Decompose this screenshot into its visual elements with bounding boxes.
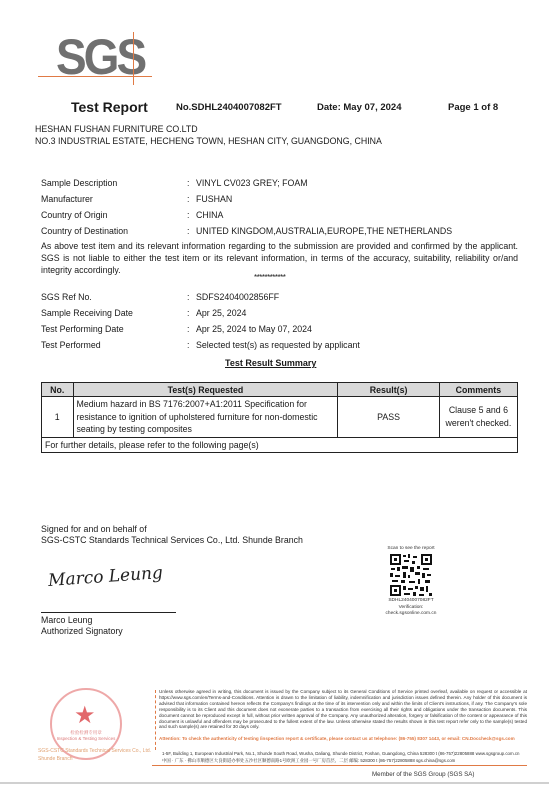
info-label: Sample Receiving Date [41, 308, 133, 318]
info-row-sgs-ref-no: SGS Ref No. : SDFS2404002856FF [41, 292, 521, 304]
info-value: UNITED KINGDOM,AUSTRALIA,EUROPE,THE NETH… [196, 226, 452, 236]
info-colon: : [187, 308, 189, 318]
table-footer-row: For further details, please refer to the… [42, 437, 518, 453]
cell-no: 1 [42, 397, 74, 438]
separator-stars: ************ [254, 273, 285, 282]
footer-address-cn: 中国 · 广东 · 佛山市顺德区大良街道办事处五沙社区顺德南路1号欧洲工业园一号… [162, 758, 455, 764]
info-colon: : [187, 292, 189, 302]
info-colon: : [187, 340, 189, 350]
report-title: Test Report [71, 99, 148, 115]
qr-report-code: SDHL2404007082FT [381, 598, 441, 603]
header-comments: Comments [439, 383, 517, 397]
info-value: FUSHAN [196, 194, 232, 204]
applicant-name: HESHAN FUSHAN FURNITURE CO.LTD [35, 124, 198, 134]
applicant-address: NO.3 INDUSTRIAL ESTATE, HECHENG TOWN, HE… [35, 136, 382, 146]
table-header-row: No. Test(s) Requested Result(s) Comments [42, 383, 518, 397]
summary-title: Test Result Summary [225, 358, 316, 368]
signed-on-behalf-label: Signed for and on behalf of [41, 524, 147, 534]
test-result-table: No. Test(s) Requested Result(s) Comments… [41, 382, 518, 453]
cell-result: PASS [338, 397, 440, 438]
info-label: Country of Destination [41, 226, 128, 236]
header-tests-requested: Test(s) Requested [73, 383, 338, 397]
table-footer-note: For further details, please refer to the… [42, 437, 518, 453]
signature-line [41, 612, 176, 613]
info-row-manufacturer: Manufacturer : FUSHAN [41, 194, 521, 206]
star-icon: ★ [74, 704, 96, 728]
logo-accent-vertical-line [133, 32, 134, 85]
info-row-test-performed: Test Performed : Selected test(s) as req… [41, 340, 521, 352]
info-colon: : [187, 210, 189, 220]
handwritten-signature: Marco Leung [47, 563, 163, 591]
info-value: SDFS2404002856FF [196, 292, 279, 302]
logo-accent-horizontal-line [38, 76, 152, 77]
info-row-sample-description: Sample Description : VINYL CV023 GREY; F… [41, 178, 521, 190]
info-row-country-of-origin: Country of Origin : CHINA [41, 210, 521, 222]
info-label: Manufacturer [41, 194, 93, 204]
report-date: Date: May 07, 2024 [317, 102, 402, 113]
page-bottom-border [0, 782, 549, 784]
qr-verification-label: Verification: [381, 605, 441, 610]
cell-comments: Clause 5 and 6 weren't checked. [439, 397, 517, 438]
info-label: Test Performed [41, 340, 101, 350]
sgs-logo: SGS [56, 33, 144, 81]
info-value: Apr 25, 2024 [196, 308, 246, 318]
qr-code-icon[interactable] [389, 553, 433, 597]
info-value: Selected test(s) as requested by applica… [196, 340, 360, 350]
sgs-group-member-note: Member of the SGS Group (SGS SA) [372, 771, 474, 778]
info-row-country-of-destination: Country of Destination : UNITED KINGDOM,… [41, 226, 521, 238]
applicant-disclaimer: As above test item and its relevant info… [41, 240, 518, 276]
signatory-title: Authorized Signatory [41, 626, 123, 636]
cell-test: Medium hazard in BS 7176:2007+A1:2011 Sp… [73, 397, 338, 438]
qr-verification-site[interactable]: check.sgsonline.com.cn [381, 611, 441, 616]
info-label: Country of Origin [41, 210, 108, 220]
footer-accent-line [152, 765, 527, 766]
info-colon: : [187, 178, 189, 188]
info-label: Test Performing Date [41, 324, 124, 334]
info-row-test-performing-date: Test Performing Date : Apr 25, 2024 to M… [41, 324, 521, 336]
info-label: SGS Ref No. [41, 292, 92, 302]
signing-company: SGS-CSTC Standards Technical Services Co… [41, 535, 303, 545]
qr-caption-top: Scan to see the report [381, 546, 441, 551]
info-colon: : [187, 324, 189, 334]
report-number: No.SDHL2404007082FT [176, 102, 282, 113]
page-indicator: Page 1 of 8 [448, 102, 498, 113]
header-results: Result(s) [338, 383, 440, 397]
footer-address-en: 1-5F, Building 1, European Industrial Pa… [162, 751, 520, 756]
stamp-caption-branch: Shunde Branch [38, 756, 72, 762]
table-row: 1 Medium hazard in BS 7176:2007+A1:2011 … [42, 397, 518, 438]
info-label: Sample Description [41, 178, 117, 188]
stamp-caption-company: SGS-CSTC Standards Technical Services Co… [38, 748, 151, 754]
info-value: CHINA [196, 210, 223, 220]
footer-legal-text: Unless otherwise agreed in writing, this… [159, 689, 527, 730]
signatory-name: Marco Leung [41, 615, 92, 625]
info-value: VINYL CV023 GREY; FOAM [196, 178, 308, 188]
info-colon: : [187, 194, 189, 204]
info-colon: : [187, 226, 189, 236]
stamp-inner-en: Inspection & Testing Services [56, 736, 116, 741]
footer-attention-text: Attention: To check the authenticity of … [159, 736, 527, 742]
info-row-sample-receiving-date: Sample Receiving Date : Apr 25, 2024 [41, 308, 521, 320]
header-no: No. [42, 383, 74, 397]
footer-dashed-divider [155, 690, 157, 750]
info-value: Apr 25, 2024 to May 07, 2024 [196, 324, 312, 334]
